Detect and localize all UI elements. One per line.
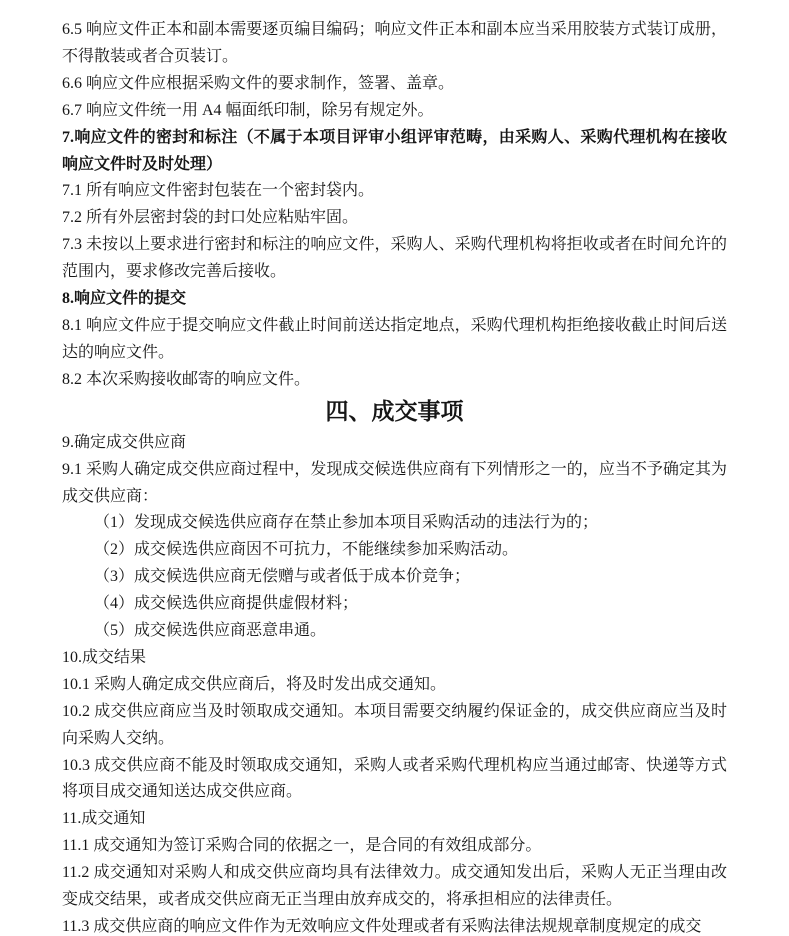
paragraph: 8.2 本次采购接收邮寄的响应文件。 (62, 367, 727, 394)
paragraph: 8.1 响应文件应于提交响应文件截止时间前送达指定地点，采购代理机构拒绝接收截止… (62, 313, 727, 367)
list-item: （5）成交候选供应商恶意串通。 (62, 618, 727, 645)
paragraph: 7.3 未按以上要求进行密封和标注的响应文件，采购人、采购代理机构将拒收或者在时… (62, 232, 727, 286)
list-item: （4）成交候选供应商提供虚假材料； (62, 591, 727, 618)
paragraph: 6.7 响应文件统一用 A4 幅面纸印制，除另有规定外。 (62, 98, 727, 125)
clause-heading: 7.响应文件的密封和标注（不属于本项目评审小组评审范畴，由采购人、采购代理机构在… (62, 125, 727, 179)
paragraph: 11.成交通知 (62, 806, 727, 833)
clause-heading: 8.响应文件的提交 (62, 286, 727, 313)
paragraph: 9.确定成交供应商 (62, 430, 727, 457)
paragraph: 7.1 所有响应文件密封包装在一个密封袋内。 (62, 178, 727, 205)
paragraph: 6.6 响应文件应根据采购文件的要求制作，签署、盖章。 (62, 71, 727, 98)
paragraph: 11.3 成交供应商的响应文件作为无效响应文件处理或者有采购法律法规规章制度规定… (62, 914, 727, 936)
paragraph: 11.2 成交通知对采购人和成交供应商均具有法律效力。成交通知发出后，采购人无正… (62, 860, 727, 914)
document-page: 6.5 响应文件正本和副本需要逐页编目编码；响应文件正本和副本应当采用胶装方式装… (0, 0, 789, 936)
paragraph: 10.2 成交供应商应当及时领取成交通知。本项目需要交纳履约保证金的，成交供应商… (62, 699, 727, 753)
section-heading: 四、成交事项 (62, 394, 727, 430)
paragraph: 10.1 采购人确定成交供应商后，将及时发出成交通知。 (62, 672, 727, 699)
paragraph: 11.1 成交通知为签订采购合同的依据之一，是合同的有效组成部分。 (62, 833, 727, 860)
document-body: 6.5 响应文件正本和副本需要逐页编目编码；响应文件正本和副本应当采用胶装方式装… (62, 17, 727, 936)
list-item: （1）发现成交候选供应商存在禁止参加本项目采购活动的违法行为的； (62, 510, 727, 537)
paragraph: 7.2 所有外层密封袋的封口处应粘贴牢固。 (62, 205, 727, 232)
paragraph: 10.3 成交供应商不能及时领取成交通知，采购人或者采购代理机构应当通过邮寄、快… (62, 753, 727, 807)
paragraph: 6.5 响应文件正本和副本需要逐页编目编码；响应文件正本和副本应当采用胶装方式装… (62, 17, 727, 71)
list-item: （3）成交候选供应商无偿赠与或者低于成本价竞争； (62, 564, 727, 591)
paragraph: 10.成交结果 (62, 645, 727, 672)
list-item: （2）成交候选供应商因不可抗力，不能继续参加采购活动。 (62, 537, 727, 564)
paragraph: 9.1 采购人确定成交供应商过程中，发现成交候选供应商有下列情形之一的，应当不予… (62, 457, 727, 511)
